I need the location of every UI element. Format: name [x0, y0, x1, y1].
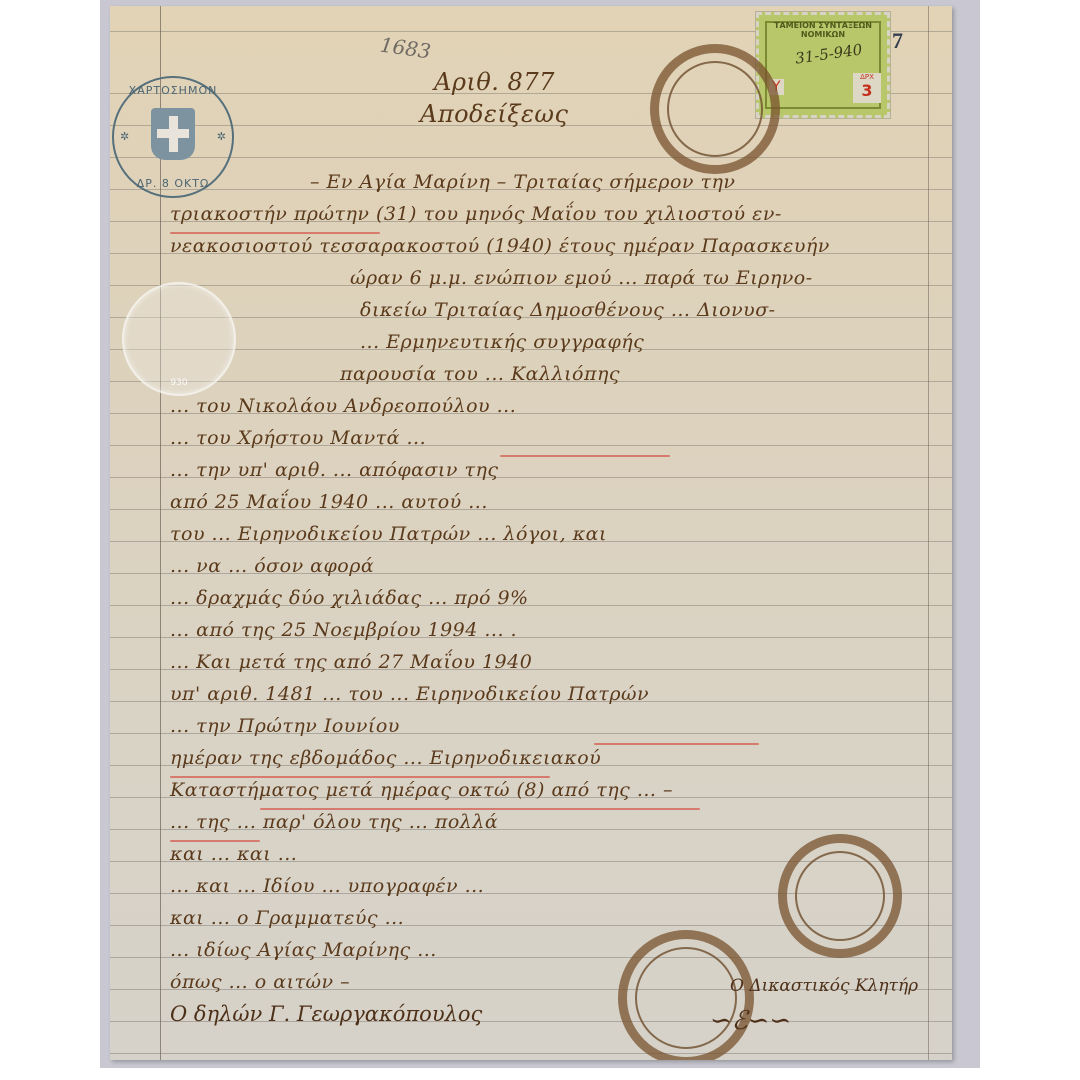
signature-declarant: Ο δηλών Γ. Γεωργακόπουλος: [170, 1002, 482, 1026]
revenue-stamp-denomination: ΔΡΧ 3: [853, 73, 881, 103]
body-line: ... την Πρώτην Ιουνίου: [170, 715, 400, 737]
body-line: ώραν 6 μ.μ. ενώπιον εμού ... παρά τω Ειρ…: [350, 267, 813, 289]
body-line: τριακοστήν πρώτην (31) του μηνός Μαΐου τ…: [170, 203, 782, 225]
body-line: ... ιδίως Αγίας Μαρίνης ...: [170, 939, 437, 961]
body-line: ... δραχμάς δύο χιλιάδας ... πρό 9%: [170, 587, 529, 609]
red-underline: [500, 455, 670, 457]
shield-cross-icon: [151, 108, 195, 160]
body-line: ... και ... Ιδίου ... υπογραφέν ...: [170, 875, 484, 897]
body-line: του ... Ειρηνοδικείου Πατρών ... λόγοι, …: [170, 523, 607, 545]
body-line: ... του Νικολάου Ανδρεοπούλου ...: [170, 395, 516, 417]
body-line: από 25 Μαΐου 1940 ... αυτού ...: [170, 491, 488, 513]
tax-stamp-coat-of-arms: ΧΑΡΤΟΣΗΜΟΝ ✲ ✲ ΔΡ. 8 ΟΚΤΩ: [112, 76, 234, 198]
body-line: Καταστήματος μετά ημέρας οκτώ (8) από τη…: [170, 779, 673, 801]
body-line: ... του Χρήστου Μαντά ...: [170, 427, 426, 449]
body-line: ... της ... παρ' όλου της ... πολλά: [170, 811, 498, 833]
body-line: ημέραν της εβδομάδος ... Ειρηνοδικειακού: [170, 747, 601, 769]
round-ink-stamp-top: [650, 44, 780, 174]
tax-stamp-bottom-text: ΔΡ. 8 ΟΚΤΩ: [114, 177, 232, 190]
signature-bailiff-scrawl: ∽ℰ∽∽: [710, 1006, 791, 1036]
red-underline: [170, 232, 380, 234]
body-line: νεακοσιοστού τεσσαρακοστού (1940) έτους …: [170, 235, 830, 257]
body-line: ... από της 25 Νοεμβρίου 1994 ... .: [170, 619, 517, 641]
document-page: 1683 7 ΧΑΡΤΟΣΗΜΟΝ ✲ ✲ ΔΡ. 8 ΟΚΤΩ 930 ΤΑΜ…: [110, 6, 952, 1060]
star-icon: ✲: [120, 130, 129, 143]
round-ink-stamp-right: [778, 834, 902, 958]
document-title: Αποδείξεως: [420, 100, 568, 128]
revenue-stamp-text: ΤΑΜΕΙΟΝ ΣΥΝΤΑΞΕΩΝ ΝΟΜΙΚΩΝ: [759, 21, 887, 39]
page-number: 7: [892, 28, 903, 54]
right-margin-rule: [928, 6, 929, 1060]
body-line: δικείω Τριταίας Δημοσθένους ... Διονυσ-: [360, 299, 776, 321]
body-line: ... την υπ' αριθ. ... απόφασιν της: [170, 459, 499, 481]
star-icon: ✲: [217, 130, 226, 143]
body-line: και ... και ...: [170, 843, 297, 865]
tax-stamp-top-text: ΧΑΡΤΟΣΗΜΟΝ: [114, 84, 232, 97]
embossed-seal: 930: [122, 282, 236, 396]
body-line: – Εν Αγία Μαρίνη – Τριταίας σήμερον την: [310, 171, 735, 193]
red-underline: [594, 743, 759, 745]
signature-bailiff-label: Ο Δικαστικός Κλητήρ: [730, 976, 918, 996]
red-underline: [170, 776, 550, 778]
red-underline: [170, 840, 260, 842]
body-line: ... να ... όσον αφορά: [170, 555, 374, 577]
body-line: ... Και μετά της από 27 Μαΐου 1940: [170, 651, 532, 673]
body-line: όπως ... ο αιτών –: [170, 971, 350, 993]
body-line: και ... ο Γραμματεύς ...: [170, 907, 404, 929]
embossed-seal-number: 930: [124, 378, 234, 388]
red-underline: [260, 808, 700, 810]
document-number: Αριθ. 877: [434, 68, 555, 96]
body-line: υπ' αριθ. 1481 ... του ... Ειρηνοδικείου…: [170, 683, 649, 705]
body-line: ... Ερμηνευτικής συγγραφής: [360, 331, 644, 353]
body-line: παρουσία του ... Καλλιόπης: [340, 363, 620, 385]
